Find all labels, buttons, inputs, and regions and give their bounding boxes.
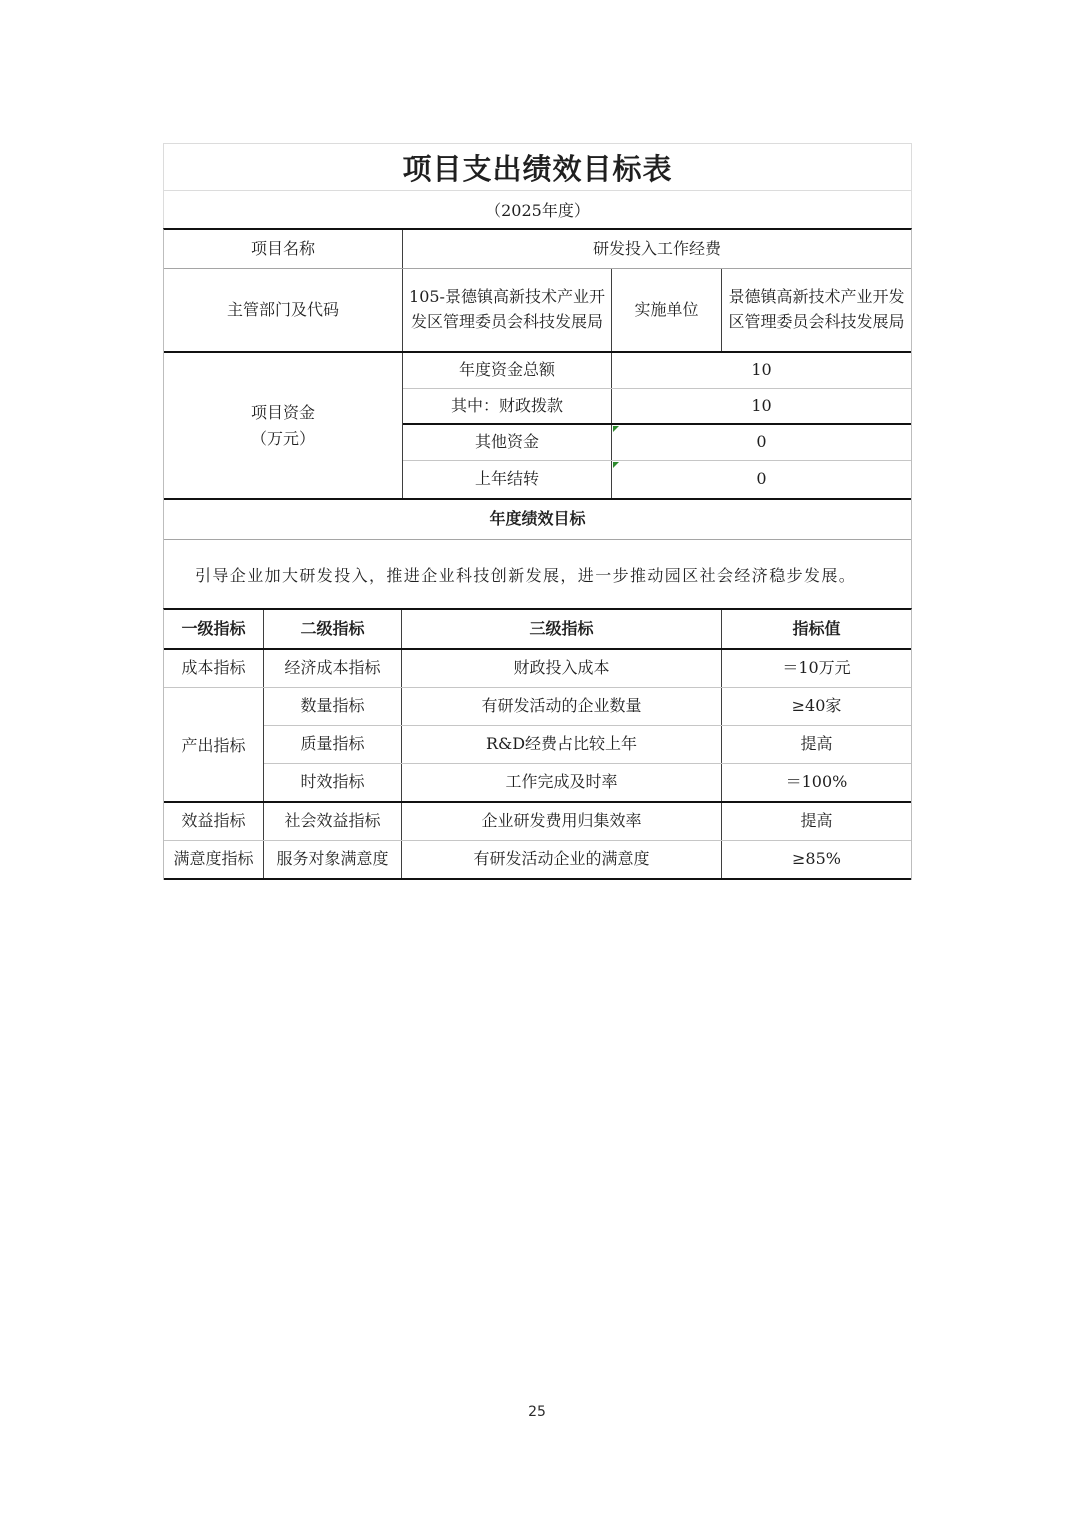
table-row: 效益指标 社会效益指标 企业研发费用归集效率 提高 [164, 803, 911, 841]
indicator-value: ＝10万元 [722, 650, 911, 687]
project-funds-section: 项目资金 （万元） 年度资金总额 10 其中：财政拨款 [164, 353, 911, 500]
performance-target-table: 项目支出绩效目标表 （2025年度） 项目名称 研发投入工作经费 主管部门及代码… [163, 143, 912, 880]
table-row: 上年结转 0 [403, 461, 911, 498]
fund-value-text: 0 [756, 467, 766, 492]
table-row: 其他资金 0 [403, 425, 911, 461]
funds-rows: 年度资金总额 10 其中：财政拨款 10 其 [403, 353, 911, 498]
indicator-level1: 满意度指标 [164, 841, 264, 878]
indicator-level3: 企业研发费用归集效率 [402, 803, 722, 840]
table-row: 数量指标 有研发活动的企业数量 ≥40家 [264, 688, 911, 726]
indicator-level1: 效益指标 [164, 803, 264, 840]
funds-label-line2: （万元） [251, 426, 315, 452]
table-row: 满意度指标 服务对象满意度 有研发活动企业的满意度 ≥85% [164, 841, 911, 880]
title-row: 项目支出绩效目标表 [164, 144, 911, 191]
indicator-value: 提高 [722, 803, 911, 840]
indicator-level3: 财政投入成本 [402, 650, 722, 687]
title-block: 项目支出绩效目标表 （2025年度） [163, 143, 912, 228]
indicators-table: 一级指标 二级指标 三级指标 指标值 成本指标 经济成本指标 财政投入成本 ＝1… [163, 608, 912, 880]
table-row: 时效指标 工作完成及时率 ＝100% [264, 764, 911, 801]
column-header-level3: 三级指标 [402, 610, 722, 648]
department-row: 主管部门及代码 105-景德镇高新技术产业开发区管理委员会科技发展局 实施单位 … [164, 269, 911, 353]
output-indicator-rows: 数量指标 有研发活动的企业数量 ≥40家 质量指标 R&D经费占比较上年 提高 … [264, 688, 911, 801]
department-label: 主管部门及代码 [164, 269, 403, 351]
fund-row-value: 0 [612, 425, 911, 460]
output-indicators-section: 产出指标 数量指标 有研发活动的企业数量 ≥40家 质量指标 R&D经费占比较上… [164, 688, 911, 803]
table-row: 质量指标 R&D经费占比较上年 提高 [264, 726, 911, 764]
fund-row-value: 10 [612, 353, 911, 388]
indicator-level1-merged: 产出指标 [164, 688, 264, 801]
annual-target-text-row: 引导企业加大研发投入，推进企业科技创新发展，进一步推动园区社会经济稳步发展。 [164, 540, 911, 608]
indicator-value: 提高 [722, 726, 911, 763]
implementing-unit-value: 景德镇高新技术产业开发区管理委员会科技发展局 [722, 269, 911, 351]
indicator-level2: 数量指标 [264, 688, 402, 725]
indicator-value: ＝100% [722, 764, 911, 801]
indicator-value: ≥85% [722, 841, 911, 878]
page-title: 项目支出绩效目标表 [402, 147, 672, 188]
indicators-header-row: 一级指标 二级指标 三级指标 指标值 [164, 610, 911, 650]
indicator-level2: 经济成本指标 [264, 650, 402, 687]
indicator-level3: 有研发活动的企业数量 [402, 688, 722, 725]
indicator-level3: 有研发活动企业的满意度 [402, 841, 722, 878]
cell-flag-icon [613, 462, 619, 468]
indicator-level3: 工作完成及时率 [402, 764, 722, 801]
document-page: 项目支出绩效目标表 （2025年度） 项目名称 研发投入工作经费 主管部门及代码… [0, 0, 1074, 1520]
indicator-level2: 质量指标 [264, 726, 402, 763]
indicator-value: ≥40家 [722, 688, 911, 725]
column-header-level2: 二级指标 [264, 610, 402, 648]
indicator-level2: 服务对象满意度 [264, 841, 402, 878]
indicator-level3: R&D经费占比较上年 [402, 726, 722, 763]
fund-row-label: 上年结转 [403, 461, 612, 498]
fund-row-label: 其他资金 [403, 425, 612, 460]
year-row: （2025年度） [164, 191, 911, 228]
column-header-value: 指标值 [722, 610, 911, 648]
cell-flag-icon [613, 426, 619, 432]
project-name-value: 研发投入工作经费 [403, 230, 911, 268]
annual-target-header: 年度绩效目标 [164, 500, 911, 539]
page-subtitle: （2025年度） [485, 198, 590, 221]
fund-row-label: 其中：财政拨款 [403, 389, 612, 423]
annual-target-text: 引导企业加大研发投入，推进企业科技创新发展，进一步推动园区社会经济稳步发展。 [195, 563, 856, 586]
fund-value-text: 0 [756, 430, 766, 455]
project-name-label: 项目名称 [164, 230, 403, 268]
indicator-level1: 成本指标 [164, 650, 264, 687]
table-row: 年度资金总额 10 [403, 353, 911, 389]
page-number: 25 [0, 1404, 1074, 1420]
column-header-level1: 一级指标 [164, 610, 264, 648]
department-value: 105-景德镇高新技术产业开发区管理委员会科技发展局 [403, 269, 612, 351]
annual-target-header-row: 年度绩效目标 [164, 500, 911, 540]
funds-label: 项目资金 （万元） [164, 353, 403, 498]
indicator-level2: 时效指标 [264, 764, 402, 801]
fund-row-value: 10 [612, 389, 911, 423]
table-row: 成本指标 经济成本指标 财政投入成本 ＝10万元 [164, 650, 911, 688]
implementing-unit-label: 实施单位 [612, 269, 722, 351]
indicator-level2: 社会效益指标 [264, 803, 402, 840]
fund-value-text: 10 [751, 358, 771, 383]
table-row: 其中：财政拨款 10 [403, 389, 911, 425]
project-info-table: 项目名称 研发投入工作经费 主管部门及代码 105-景德镇高新技术产业开发区管理… [163, 228, 912, 608]
funds-label-line1: 项目资金 [251, 400, 315, 426]
project-name-row: 项目名称 研发投入工作经费 [164, 230, 911, 269]
fund-row-label: 年度资金总额 [403, 353, 612, 388]
fund-value-text: 10 [751, 394, 771, 419]
fund-row-value: 0 [612, 461, 911, 498]
